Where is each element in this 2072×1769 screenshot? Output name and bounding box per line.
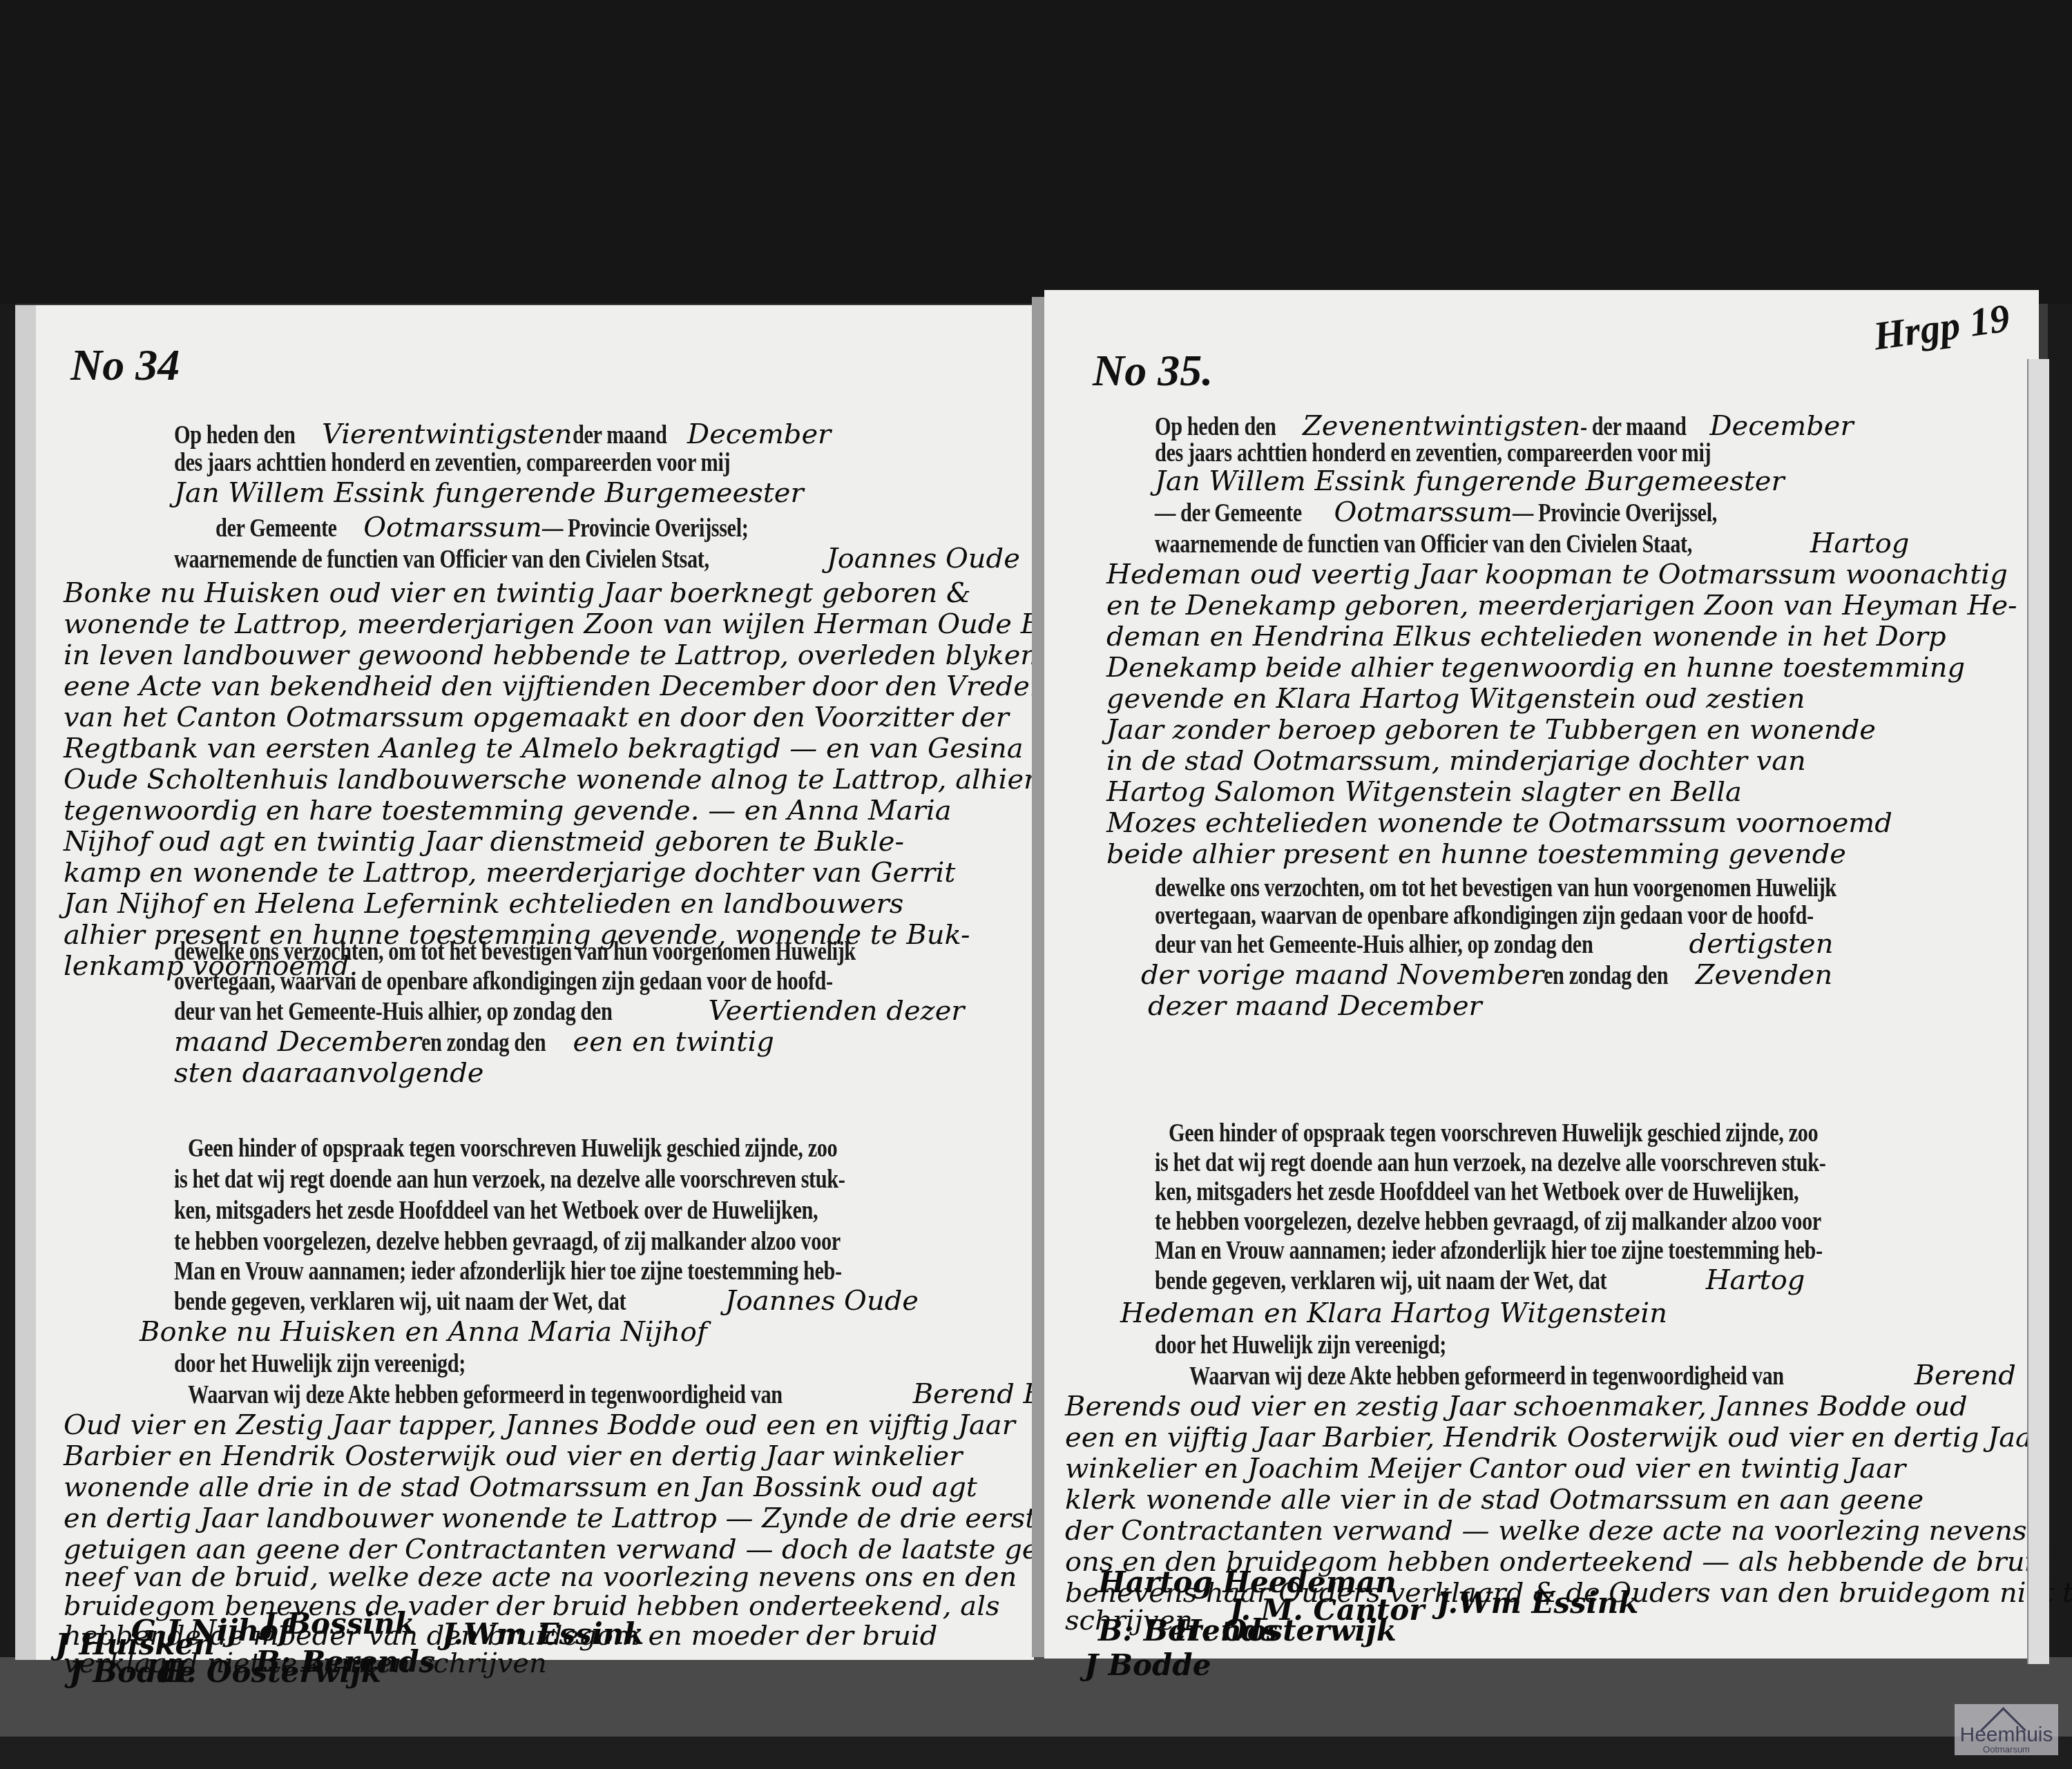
signature: J Bodde [1084, 1650, 1211, 1681]
printed-text: waarnemende de functien van Officier van… [174, 545, 709, 575]
printed-text: Op heden den [174, 420, 295, 451]
text-line: Berends oud vier en zestig Jaar schoenma… [1065, 1391, 1968, 1423]
handwritten-text: Hedeman en Klara Hartog Witgenstein [1120, 1298, 1667, 1328]
scan-backdrop-top [0, 0, 2072, 304]
handwritten-text: Zevenentwintigsten [1303, 411, 1580, 441]
handwritten-text: Nijhof oud agt en twintig Jaar dienstmei… [64, 826, 904, 857]
handwritten-text: Berends oud vier en zestig Jaar schoenma… [1065, 1391, 1968, 1422]
text-line: is het dat wij regt doende aan hun verzo… [174, 1165, 992, 1195]
signature: J Bossink [262, 1609, 415, 1639]
signature: H. Oosterwijk [1174, 1616, 1397, 1646]
handwritten-text: in leven landbouwer gewoond hebbende te … [64, 640, 1053, 670]
handwritten-text: Hartog Salomon Witgenstein slagter en Be… [1106, 777, 1742, 807]
handwritten-text: Zevenden [1696, 960, 1833, 990]
text-line: der Gemeente Ootmarssum — Provincie Over… [215, 512, 794, 544]
text-line: bende gegeven, verklaren wij, uit naam d… [1155, 1265, 1805, 1297]
printed-text: dewelke ons verzochten, om tot het beves… [174, 937, 856, 967]
printed-text: te hebben voorgelezen, dezelve hebben ge… [174, 1227, 841, 1257]
handwritten-text: Regtbank van eersten Aanleg te Almelo be… [64, 733, 1024, 764]
text-line: Bonke nu Huisken oud vier en twintig Jaa… [64, 578, 971, 610]
handwritten-text: van het Canton Ootmarssum opgemaakt en d… [64, 702, 1009, 733]
text-line: Man en Vrouw aannamen; ieder afzonderlij… [1155, 1236, 1969, 1266]
text-line: Waarvan wij deze Akte hebben geformeerd … [188, 1379, 1139, 1411]
handwritten-text: Mozes echtelieden wonende te Ootmarssum … [1106, 808, 1892, 838]
right-page: No 35. Hrgp 19 Op heden den Zevenentwint… [1044, 290, 2039, 1659]
handwritten-text: getuigen aan geene der Contractanten ver… [64, 1534, 1110, 1565]
page-edge [2027, 359, 2049, 1664]
text-line: door het Huwelijk zijn vereenigd; [174, 1349, 530, 1380]
handwritten-text: en dertig Jaar landbouwer wonende te Lat… [64, 1503, 1053, 1534]
printed-text: door het Huwelijk zijn vereenigd; [174, 1349, 466, 1380]
handwritten-text: Bonke nu Huisken en Anna Maria Nijhof [140, 1317, 707, 1347]
text-line: der Contractanten verwand — welke deze a… [1065, 1516, 2027, 1547]
handwritten-text: Jan Nijhof en Helena Lefernink echtelied… [64, 889, 903, 919]
text-line: in de stad Ootmarssum, minderjarige doch… [1106, 746, 1806, 777]
text-line: ken, mitsgaders het zesde Hoofddeel van … [174, 1196, 959, 1226]
text-line: waarnemende de functien van Officier van… [174, 543, 1020, 575]
handwritten-text: Jaar zonder beroep geboren te Tubbergen … [1106, 715, 1876, 745]
scan-backdrop-right [2048, 304, 2072, 1657]
handwritten-text: dertigsten [1689, 929, 1834, 959]
handwritten-text: Ootmarssum [363, 512, 542, 543]
text-line: Denekamp beide alhier tegenwoordig en hu… [1106, 652, 1965, 684]
printed-text: waarnemende de functien van Officier van… [1155, 530, 1692, 560]
text-line: tegenwoordig en hare toestemming gevende… [64, 795, 952, 827]
handwritten-text: Bonke nu Huisken oud vier en twintig Jaa… [64, 578, 971, 608]
text-line: dewelke ons verzochten, om tot het beves… [174, 937, 1005, 967]
signature: J.Wm Essink [1437, 1588, 1638, 1618]
printed-text: Waarvan wij deze Akte hebben geformeerd … [188, 1380, 783, 1411]
text-line: sten daaraanvolgende [174, 1058, 483, 1090]
scan-backdrop-strip [0, 1737, 2072, 1769]
printed-text: Man en Vrouw aannamen; ieder afzonderlij… [1155, 1236, 1823, 1266]
handwritten-text: neef van de bruid, welke deze acte na vo… [64, 1562, 1017, 1592]
text-line: Barbier en Hendrik Oosterwijk oud vier e… [64, 1441, 962, 1473]
handwritten-text: Hartog [1706, 1265, 1805, 1295]
handwritten-text: een en vijftig Jaar Barbier, Hendrik Oos… [1065, 1422, 2045, 1453]
handwritten-text: en te Denekamp geboren, meerderjarigen Z… [1106, 590, 2017, 621]
printed-text: des jaars achttien honderd en zeventien,… [1155, 438, 1711, 469]
text-line: Oude Scholtenhuis landbouwersche wonende… [64, 764, 1037, 796]
text-line: wonende alle drie in de stad Ootmarssum … [64, 1472, 977, 1504]
printed-text: Geen hinder of opspraak tegen voorschrev… [188, 1134, 837, 1164]
printed-text: bende gegeven, verklaren wij, uit naam d… [1155, 1266, 1606, 1297]
handwritten-text: dezer maand December [1148, 991, 1482, 1021]
text-line: Waarvan wij deze Akte hebben geformeerd … [1189, 1360, 2016, 1392]
printed-text: dewelke ons verzochten, om tot het beves… [1155, 873, 1836, 904]
printed-text: deur van het Gemeente-Huis alhier, op zo… [1155, 930, 1593, 960]
text-line: des jaars achttien honderd en zeventien,… [1155, 438, 1833, 469]
printed-text: en zondag den [421, 1028, 546, 1058]
folio-number: Hrgp 19 [1870, 295, 2013, 360]
printed-text: der maand [573, 420, 667, 451]
text-line: waarnemende de functien van Officier van… [1155, 528, 1909, 560]
text-line: te hebben voorgelezen, dezelve hebben ge… [1155, 1207, 1967, 1237]
text-line: in leven landbouwer gewoond hebbende te … [64, 640, 1053, 672]
printed-text: door het Huwelijk zijn vereenigd; [1155, 1331, 1446, 1361]
text-line: een en vijftig Jaar Barbier, Hendrik Oos… [1065, 1422, 2045, 1454]
text-line: Man en Vrouw aannamen; ieder afzonderlij… [174, 1257, 988, 1287]
handwritten-text: Hedeman oud veertig Jaar koopman te Ootm… [1106, 559, 2008, 590]
text-line: en dertig Jaar landbouwer wonende te Lat… [64, 1503, 1053, 1535]
text-line: is het dat wij regt doende aan hun verzo… [1155, 1148, 1973, 1179]
text-line: neef van de bruid, welke deze acte na vo… [64, 1562, 1017, 1594]
act-number: No 35. [1093, 345, 1213, 396]
printed-text: — der Gemeente [1155, 499, 1302, 529]
text-line: overtegaan, waarvan de openbare afkondig… [1155, 901, 1958, 931]
handwritten-text: Ootmarssum [1334, 497, 1513, 528]
text-line: Bonke nu Huisken en Anna Maria Nijhof [140, 1317, 707, 1348]
heemhuis-watermark: Heemhuis Ootmarsum [1955, 1704, 2058, 1755]
text-line: en te Denekamp geboren, meerderjarigen Z… [1106, 590, 2017, 622]
text-line: Op heden den Vierentwintigsten der maand… [174, 419, 831, 451]
text-line: deman en Hendrina Elkus echtelieden wone… [1106, 621, 1946, 653]
printed-text: Waarvan wij deze Akte hebben geformeerd … [1189, 1362, 1784, 1392]
text-line: te hebben voorgelezen, dezelve hebben ge… [174, 1227, 986, 1257]
text-line: Jan Nijhof en Helena Lefernink echtelied… [64, 889, 903, 920]
watermark-name: Heemhuis [1955, 1723, 2058, 1747]
handwritten-text: Hartog [1810, 528, 1910, 559]
text-line: Jaar zonder beroep geboren te Tubbergen … [1106, 715, 1876, 746]
text-line: Jan Willem Essink fungerende Burgemeeste… [174, 478, 804, 510]
text-line: dezer maand December [1148, 991, 1482, 1023]
text-line: Geen hinder of opspraak tegen voorschrev… [1169, 1119, 1961, 1149]
text-line: des jaars achttien honderd en zeventien,… [174, 448, 852, 478]
text-line: deur van het Gemeente-Huis alhier, op zo… [1155, 929, 1834, 960]
text-line: Hedeman en Klara Hartog Witgenstein [1120, 1298, 1667, 1330]
text-line: overtegaan, waarvan de openbare afkondig… [174, 967, 977, 997]
handwritten-text: der Contractanten verwand — welke deze a… [1065, 1516, 2027, 1546]
printed-text: overtegaan, waarvan de openbare afkondig… [1155, 901, 1814, 931]
printed-text: Geen hinder of opspraak tegen voorschrev… [1169, 1119, 1818, 1149]
handwritten-text: Joannes Oude [725, 1286, 919, 1316]
handwritten-text: December [1709, 411, 1853, 441]
text-line: der vorige maand November en zondag den … [1141, 960, 1832, 992]
handwritten-text: Jan Willem Essink fungerende Burgemeeste… [174, 478, 804, 508]
printed-text: is het dat wij regt doende aan hun verzo… [174, 1165, 845, 1195]
handwritten-text: Berend [1915, 1360, 2016, 1391]
handwritten-text: Barbier en Hendrik Oosterwijk oud vier e… [64, 1441, 962, 1471]
handwritten-text: een en twintig [573, 1027, 774, 1057]
printed-text: en zondag den [1544, 961, 1668, 992]
text-line: bende gegeven, verklaren wij, uit naam d… [174, 1286, 919, 1317]
printed-text: is het dat wij regt doende aan hun verzo… [1155, 1148, 1825, 1179]
handwritten-text: sten daaraanvolgende [174, 1058, 483, 1088]
handwritten-text: winkelier en Joachim Meijer Cantor oud v… [1065, 1453, 1906, 1484]
printed-text: overtegaan, waarvan de openbare afkondig… [174, 967, 833, 997]
text-line: deur van het Gemeente-Huis alhier, op zo… [174, 996, 965, 1027]
handwritten-text: deman en Hendrina Elkus echtelieden wone… [1106, 621, 1946, 652]
handwritten-text: December [687, 419, 831, 449]
printed-text: des jaars achttien honderd en zeventien,… [174, 448, 730, 478]
handwritten-text: klerk wonende alle vier in de stad Ootma… [1065, 1485, 1924, 1515]
text-line: Oud vier en Zestig Jaar tapper, Jannes B… [64, 1410, 1015, 1442]
handwritten-text: eene Acte van bekendheid den vijftienden… [64, 671, 1117, 702]
printed-text: Man en Vrouw aannamen; ieder afzonderlij… [174, 1257, 842, 1287]
text-line: door het Huwelijk zijn vereenigd; [1155, 1331, 1510, 1361]
handwritten-text: gevende en Klara Hartog Witgenstein oud … [1106, 684, 1805, 714]
printed-text: ken, mitsgaders het zesde Hoofddeel van … [174, 1196, 818, 1226]
printed-text: ken, mitsgaders het zesde Hoofddeel van … [1155, 1177, 1798, 1208]
handwritten-text: der vorige maand November [1141, 960, 1544, 990]
text-line: klerk wonende alle vier in de stad Ootma… [1065, 1485, 1924, 1516]
text-line: winkelier en Joachim Meijer Cantor oud v… [1065, 1453, 1906, 1485]
left-page: No 34 Op heden den Vierentwintigsten der… [15, 305, 1034, 1660]
text-line: gevende en Klara Hartog Witgenstein oud … [1106, 684, 1805, 715]
handwritten-text: Vierentwintigsten [322, 419, 573, 449]
text-line: Jan Willem Essink fungerende Burgemeeste… [1155, 466, 1785, 498]
watermark-place: Ootmarsum [1955, 1744, 2058, 1754]
printed-text: deur van het Gemeente-Huis alhier, op zo… [174, 997, 612, 1027]
handwritten-text: Denekamp beide alhier tegenwoordig en hu… [1106, 652, 1965, 683]
text-line: kamp en wonende te Lattrop, meerderjarig… [64, 858, 955, 889]
handwritten-text: tegenwoordig en hare toestemming gevende… [64, 795, 952, 826]
text-line: Hedeman oud veertig Jaar koopman te Ootm… [1106, 559, 2008, 591]
printed-text: bende gegeven, verklaren wij, uit naam d… [174, 1287, 626, 1317]
text-line: Hartog Salomon Witgenstein slagter en Be… [1106, 777, 1742, 809]
handwritten-text: beide alhier present en hunne toestemmin… [1106, 839, 1846, 869]
printed-text: — Provincie Overijssel, [1513, 499, 1717, 529]
scan-backdrop-left [0, 304, 15, 1657]
act-number: No 34 [70, 340, 180, 391]
signature: J.Wm Essink [442, 1619, 644, 1650]
handwritten-text: Jan Willem Essink fungerende Burgemeeste… [1155, 466, 1785, 496]
text-line: — der Gemeente Ootmarssum — Provincie Ov… [1155, 497, 1762, 529]
handwritten-text: Joannes Oude [827, 543, 1020, 574]
handwritten-text: Oude Scholtenhuis landbouwersche wonende… [64, 764, 1037, 795]
handwritten-text: wonende alle drie in de stad Ootmarssum … [64, 1472, 977, 1502]
text-line: Nijhof oud agt en twintig Jaar dienstmei… [64, 826, 904, 858]
handwritten-text: Veertienden dezer [709, 996, 965, 1026]
handwritten-text: maand December [174, 1027, 421, 1057]
printed-text: te hebben voorgelezen, dezelve hebben ge… [1155, 1207, 1821, 1237]
text-line: eene Acte van bekendheid den vijftienden… [64, 671, 1117, 703]
text-line: beide alhier present en hunne toestemmin… [1106, 839, 1846, 871]
text-line: Regtbank van eersten Aanleg te Almelo be… [64, 733, 1024, 765]
text-line: ken, mitsgaders het zesde Hoofddeel van … [1155, 1177, 1940, 1208]
text-line: van het Canton Ootmarssum opgemaakt en d… [64, 702, 1009, 734]
signature: B: Berends [256, 1647, 435, 1677]
text-line: wonende te Lattrop, meerderjarigen Zoon … [64, 609, 1109, 641]
printed-text: der Gemeente [215, 514, 337, 544]
handwritten-text: in de stad Ootmarssum, minderjarige doch… [1106, 746, 1806, 776]
printed-text: — Provincie Overijssel; [542, 514, 748, 544]
handwritten-text: kamp en wonende te Lattrop, meerderjarig… [64, 858, 955, 888]
handwritten-text: Oud vier en Zestig Jaar tapper, Jannes B… [64, 1410, 1015, 1440]
text-line: dewelke ons verzochten, om tot het beves… [1155, 873, 1986, 904]
handwritten-text: wonende te Lattrop, meerderjarigen Zoon … [64, 609, 1109, 639]
text-line: Mozes echtelieden wonende te Ootmarssum … [1106, 808, 1892, 840]
text-line: maand December en zondag den een en twin… [174, 1027, 774, 1058]
text-line: Geen hinder of opspraak tegen voorschrev… [188, 1134, 980, 1164]
